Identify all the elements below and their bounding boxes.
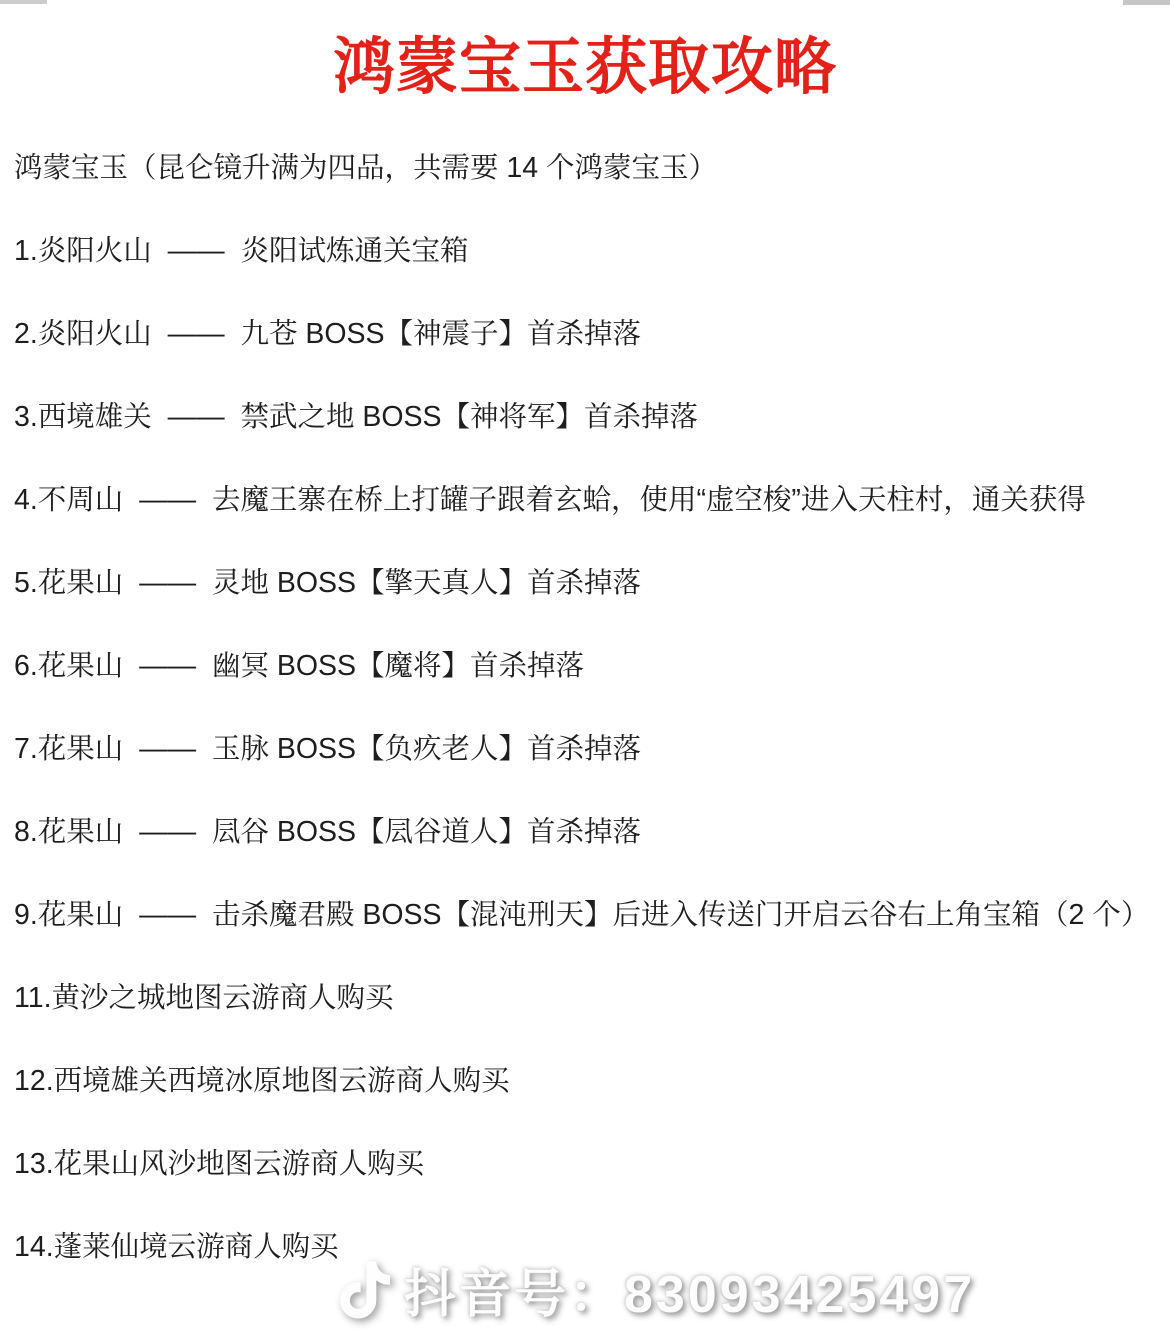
- douyin-id: 抖音号：83093425497: [404, 1252, 975, 1327]
- guide-item: 5.花果山 —— 灵地 BOSS【擎天真人】首杀掉落: [14, 567, 1170, 599]
- intro-line: 鸿蒙宝玉（昆仑镜升满为四品，共需要 14 个鸿蒙宝玉）: [14, 152, 1170, 184]
- guide-item: 13.花果山风沙地图云游商人购买: [14, 1148, 1170, 1180]
- scan-artifact-top-right: [1123, 0, 1170, 5]
- guide-item: 11.黄沙之城地图云游商人购买: [14, 982, 1170, 1014]
- guide-item: 4.不周山 —— 去魔王寨在桥上打罐子跟着玄蛤，使用“虚空梭”进入天柱村，通关获…: [14, 484, 1170, 516]
- guide-item: 6.花果山 —— 幽冥 BOSS【魔将】首杀掉落: [14, 650, 1170, 682]
- guide-item: 12.西境雄关西境冰原地图云游商人购买: [14, 1065, 1170, 1097]
- guide-item: 1.炎阳火山 —— 炎阳试炼通关宝箱: [14, 235, 1170, 267]
- page-title: 鸿蒙宝玉获取攻略: [0, 33, 1170, 103]
- douyin-note-icon: [340, 1261, 390, 1319]
- guide-body: 鸿蒙宝玉（昆仑镜升满为四品，共需要 14 个鸿蒙宝玉） 1.炎阳火山 —— 炎阳…: [14, 152, 1170, 1263]
- guide-item: 7.花果山 —— 玉脉 BOSS【负疚老人】首杀掉落: [14, 733, 1170, 765]
- douyin-watermark: 抖音号：83093425497: [340, 1252, 975, 1327]
- guide-item: 8.花果山 —— 凨谷 BOSS【凨谷道人】首杀掉落: [14, 816, 1170, 848]
- guide-item: 2.炎阳火山 —— 九苍 BOSS【神震子】首杀掉落: [14, 318, 1170, 350]
- guide-item: 3.西境雄关 —— 禁武之地 BOSS【神将军】首杀掉落: [14, 401, 1170, 433]
- scan-artifact-top-left: [0, 0, 47, 4]
- guide-item: 9.花果山 —— 击杀魔君殿 BOSS【混沌刑天】后进入传送门开启云谷右上角宝箱…: [14, 899, 1170, 931]
